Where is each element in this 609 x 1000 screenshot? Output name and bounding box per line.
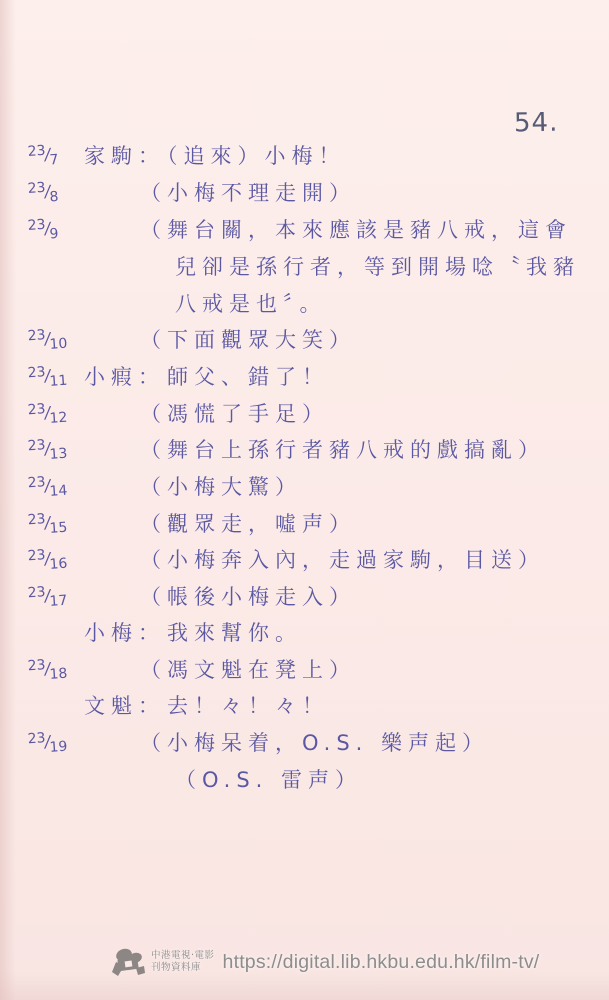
speaker-name: 小瘕：: [84, 365, 165, 389]
script-line: 23/12 （馮慌了手足）: [0, 399, 609, 433]
scene-number: 23/8: [27, 179, 59, 207]
speaker-name: 文魁：: [84, 694, 165, 718]
line-text: （舞台關，本來應該是豬八戒，這會: [140, 215, 572, 245]
script-line: 23/7 家駒：（追來）小梅！: [0, 141, 609, 175]
line-text: 兒卻是孫行者，等到開場唸〝我豬: [175, 252, 580, 282]
page-number: 54.: [514, 108, 559, 139]
script-line: 23/16 （小梅奔入內，走過家駒，目送）: [0, 545, 609, 579]
scene-number: 23/15: [27, 510, 68, 539]
script-line-continuation: 兒卻是孫行者，等到開場唸〝我豬: [0, 252, 609, 286]
scene-number: 23/17: [27, 583, 68, 612]
script-line: 23/14 （小梅大驚）: [0, 472, 609, 506]
archive-watermark: 中港電視·電影 刊物資料庫 https://digital.lib.hkbu.e…: [112, 946, 539, 978]
scene-number: 23/19: [27, 729, 68, 758]
script-line: 23/19 （小梅呆着，O.S. 樂声起）: [0, 728, 609, 762]
line-text: （帳後小梅走入）: [140, 582, 356, 612]
line-text: （舞台上孫行者豬八戒的戲搞亂）: [140, 435, 545, 465]
line-text: 我來幫你。: [167, 621, 302, 645]
scene-number: 23/13: [27, 436, 68, 465]
scene-number: 23/14: [27, 473, 68, 502]
line-text: （小梅奔入內，走過家駒，目送）: [140, 545, 545, 575]
script-line: 23/15 （觀眾走，噓声）: [0, 509, 609, 543]
script-line: 23/18 （馮文魁在凳上）: [0, 655, 609, 689]
film-camera-logo-icon: [112, 946, 146, 978]
speaker-name: 家駒：: [84, 144, 165, 168]
script-line: 文魁：去！々！々！: [0, 691, 609, 725]
line-text: 八戒是也〞。: [175, 289, 327, 319]
script-line: 23/13 （舞台上孫行者豬八戒的戲搞亂）: [0, 435, 609, 469]
script-line: 23/9 （舞台關，本來應該是豬八戒，這會: [0, 215, 609, 249]
script-line: 23/17 （帳後小梅走入）: [0, 582, 609, 616]
script-line-continuation: （O.S. 雷声）: [0, 765, 609, 799]
scene-number: 23/12: [27, 400, 68, 429]
line-text: （小梅呆着，O.S. 樂声起）: [140, 728, 489, 758]
script-line-continuation: 八戒是也〞。: [0, 289, 609, 323]
scene-number: 23/9: [27, 216, 59, 244]
line-text: （小梅不理走開）: [140, 178, 356, 208]
line-text: （馮文魁在凳上）: [140, 655, 356, 685]
scene-number: 23/11: [27, 363, 68, 392]
line-text: 師父、錯了！: [167, 365, 329, 389]
line-text: （小梅大驚）: [140, 472, 302, 502]
speaker-name: 小梅：: [84, 621, 165, 645]
line-text: （O.S. 雷声）: [175, 765, 362, 795]
script-line: 23/8 （小梅不理走開）: [0, 178, 609, 212]
scene-number: 23/10: [27, 326, 68, 355]
script-line: 23/11 小瘕：師父、錯了！: [0, 362, 609, 396]
line-text: （追來）小梅！: [167, 144, 346, 168]
scanned-script-page: 54. 23/7 家駒：（追來）小梅！ 23/8 （小梅不理走開） 23/9 （…: [0, 0, 609, 1000]
line-text: （下面觀眾大笑）: [140, 325, 356, 355]
scene-number: 23/7: [27, 142, 59, 170]
line-text: （馮慌了手足）: [140, 399, 329, 429]
line-text: （觀眾走，噓声）: [140, 509, 356, 539]
script-line: 23/10 （下面觀眾大笑）: [0, 325, 609, 359]
script-line: 小梅：我來幫你。: [0, 618, 609, 652]
scene-number: 23/18: [27, 656, 68, 685]
line-text: 去！々！々！: [167, 694, 329, 718]
archive-name: 中港電視·電影 刊物資料庫: [151, 950, 215, 974]
scene-number: 23/16: [27, 546, 68, 575]
archive-url: https://digital.lib.hkbu.edu.hk/film-tv/: [223, 951, 540, 974]
